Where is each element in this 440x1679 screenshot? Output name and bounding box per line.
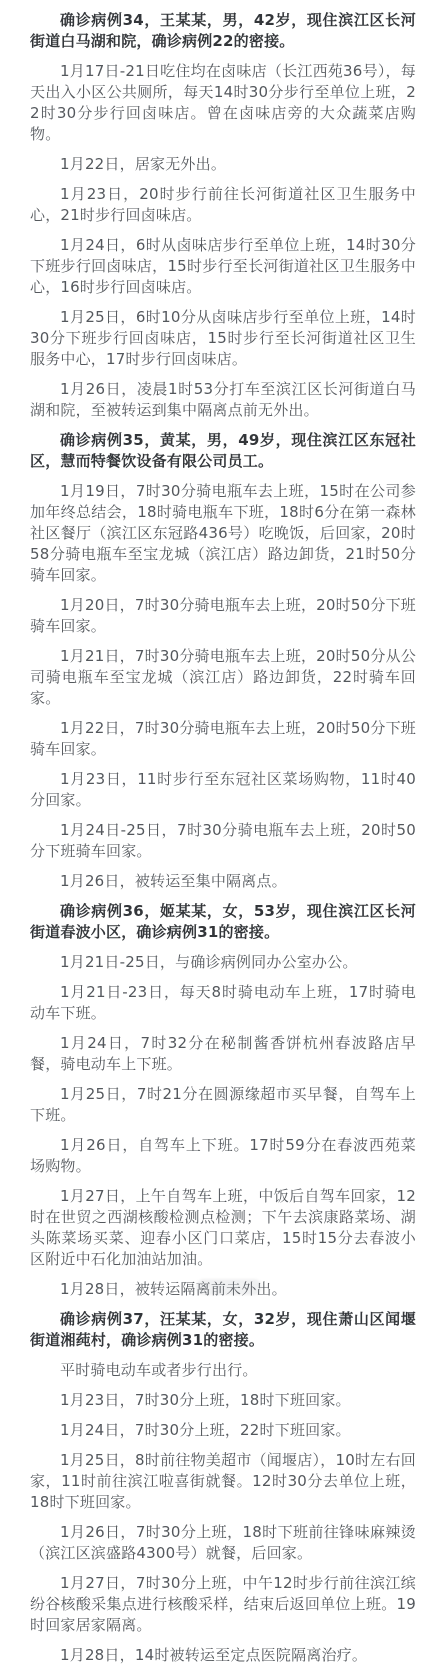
case-35-itinerary-paragraph: 1月22日，7时30分骑电瓶车去上班，20时50分下班骑车回家。	[30, 718, 416, 760]
case-35-itinerary-paragraph: 1月24日-25日，7时30分骑电瓶车去上班，20时50分下班骑车回家。	[30, 820, 416, 862]
case-37-itinerary-paragraph: 平时骑电动车或者步行出行。	[30, 1360, 416, 1381]
case-36-itinerary-paragraph: 1月27日，上午自驾车上班，中饭后自驾车回家，12时在世贸之西湖核酸检测点检测；…	[30, 1186, 416, 1270]
case-34-heading: 确诊病例34，王某某，男，42岁，现住滨江区长河街道白马湖和院，确诊病例22的密…	[30, 10, 416, 52]
case-34-section: 确诊病例34，王某某，男，42岁，现住滨江区长河街道白马湖和院，确诊病例22的密…	[30, 10, 416, 421]
case-34-itinerary-paragraph: 1月23日，20时步行前往长河街道社区卫生服务中心，21时步行回卤味店。	[30, 184, 416, 226]
case-35-itinerary-paragraph: 1月23日，11时步行至东冠社区菜场购物，11时40分回家。	[30, 769, 416, 811]
case-37-itinerary-paragraph: 1月24日，7时30分上班，22时下班回家。	[30, 1420, 416, 1441]
case-36-itinerary-paragraph: 1月25日，7时21分在圆源缘超市买早餐，自驾车上下班。	[30, 1084, 416, 1126]
case-37-itinerary-paragraph: 1月23日，7时30分上班，18时下班回家。	[30, 1390, 416, 1411]
case-37-itinerary-paragraph: 1月26日，7时30分上班，18时下班前往锋味麻辣烫（滨江区滨盛路4300号）就…	[30, 1522, 416, 1564]
case-35-itinerary-paragraph: 1月26日，被转运至集中隔离点。	[30, 871, 416, 892]
case-34-itinerary-paragraph: 1月17日-21日吃住均在卤味店（长江西苑36号），每天出入小区公共厕所，每天1…	[30, 61, 416, 145]
case-37-section: 确诊病例37，汪某某，女，32岁，现住萧山区闻堰街道湘莼村，确诊病例31的密接。…	[30, 1309, 416, 1666]
case-36-itinerary-paragraph: 1月21日-25日，与确诊病例同办公室办公。	[30, 952, 416, 973]
case-35-section: 确诊病例35，黄某，男，49岁，现住滨江区东冠社区，慧而特餐饮设备有限公司员工。…	[30, 430, 416, 892]
case-37-heading: 确诊病例37，汪某某，女，32岁，现住萧山区闻堰街道湘莼村，确诊病例31的密接。	[30, 1309, 416, 1351]
case-35-heading: 确诊病例35，黄某，男，49岁，现住滨江区东冠社区，慧而特餐饮设备有限公司员工。	[30, 430, 416, 472]
case-34-itinerary-paragraph: 1月24日，6时从卤味店步行至单位上班，14时30分下班步行回卤味店，15时步行…	[30, 235, 416, 298]
case-34-itinerary-paragraph: 1月26日，凌晨1时53分打车至滨江区长河街道白马湖和院，至被转运到集中隔离点前…	[30, 379, 416, 421]
case-37-itinerary-paragraph: 1月25日，8时前往物美超市（闻堰店），10时左右回家，11时前往滨江啦喜街就餐…	[30, 1450, 416, 1513]
case-37-itinerary-paragraph: 1月28日，14时被转运至定点医院隔离治疗。	[30, 1645, 416, 1666]
case-36-section: 确诊病例36，姬某某，女，53岁，现住滨江区长河街道春波小区，确诊病例31的密接…	[30, 901, 416, 1300]
case-36-heading: 确诊病例36，姬某某，女，53岁，现住滨江区长河街道春波小区，确诊病例31的密接…	[30, 901, 416, 943]
case-35-itinerary-paragraph: 1月19日，7时30分骑电瓶车去上班，15时在公司参加年终总结会，18时骑电瓶车…	[30, 481, 416, 586]
case-34-itinerary-paragraph: 1月22日，居家无外出。	[30, 154, 416, 175]
case-34-itinerary-paragraph: 1月25日，6时10分从卤味店步行至单位上班，14时30分下班步行回卤味店，15…	[30, 307, 416, 370]
case-36-itinerary-paragraph: 1月24日，7时32分在秘制酱香饼杭州春波路店早餐，骑电动车上下班。	[30, 1033, 416, 1075]
case-report-document: 确诊病例34，王某某，男，42岁，现住滨江区长河街道白马湖和院，确诊病例22的密…	[0, 0, 440, 1679]
case-36-itinerary-paragraph: 1月21日-23日，每天8时骑电动车上班，17时骑电动车下班。	[30, 982, 416, 1024]
case-37-itinerary-paragraph: 1月27日，7时30分上班，中午12时步行前往滨江缤纷谷核酸采集点进行核酸采样，…	[30, 1573, 416, 1636]
faint-watermark-stamp	[196, 1279, 262, 1295]
case-36-itinerary-paragraph: 1月26日，自驾车上下班。17时59分在春波西苑菜场购物。	[30, 1135, 416, 1177]
case-35-itinerary-paragraph: 1月21日，7时30分骑电瓶车去上班，20时50分从公司骑电瓶车至宝龙城（滨江店…	[30, 646, 416, 709]
case-35-itinerary-paragraph: 1月20日，7时30分骑电瓶车去上班，20时50分下班骑车回家。	[30, 595, 416, 637]
